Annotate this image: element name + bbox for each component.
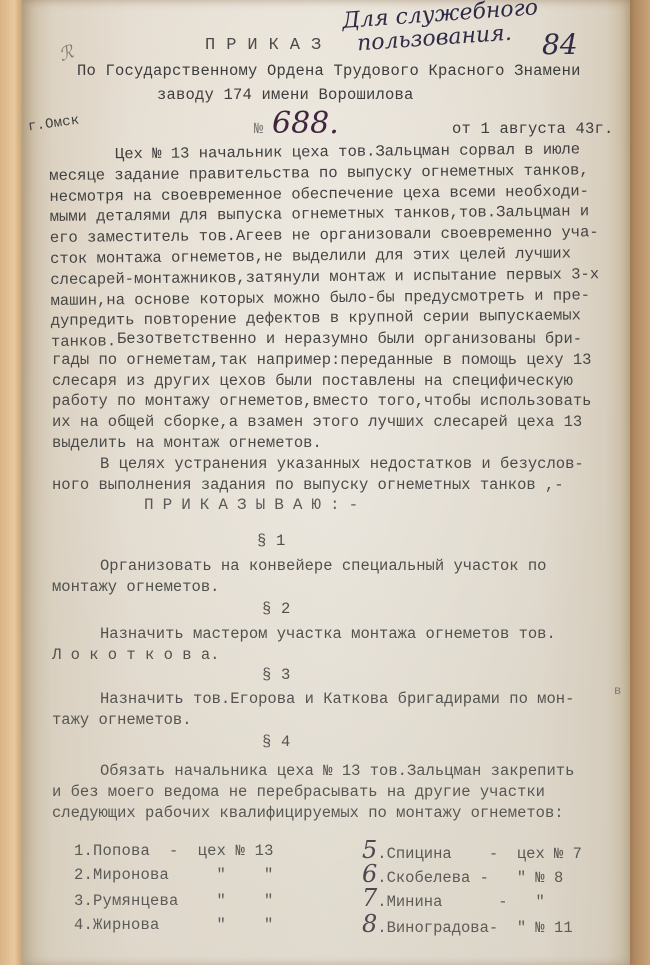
section-2-heading: § 2 <box>262 600 291 618</box>
worker-item: 3.Румянцева " " <box>74 892 274 910</box>
document-page: ℛ Для служебного пользования. 84 ПРИКАЗ … <box>22 0 630 965</box>
order-date: от 1 августа 43г. <box>452 120 614 138</box>
text-line: следующих рабочих квалифицируемых по мон… <box>52 804 622 825</box>
worker-item: 2.Миронова " " <box>74 866 274 884</box>
document-title: ПРИКАЗ <box>205 36 332 55</box>
section-4-body: Обязать начальника цеха № 13 тов.Зальцма… <box>52 762 622 824</box>
text-line: ного выполнения задания по выпуску огнем… <box>52 476 622 497</box>
text-line: В целях устранения указанных недостатков… <box>52 455 622 476</box>
text-line: и без моего ведома не перебрасывать на д… <box>52 783 622 804</box>
text-line: слесаря из других цехов были поставлены … <box>52 372 622 393</box>
text-line: гады по огнеметам,так например:переданны… <box>52 351 622 372</box>
text-line: Назначить мастером участка монтажа огнем… <box>52 625 622 646</box>
document-subtitle-line1: По Государственному Ордена Трудового Кра… <box>77 62 581 80</box>
worker-item: 8.Виноградова- " № 11 <box>362 910 573 938</box>
order-number: 688. <box>272 106 339 141</box>
section-3-body: Назначить тов.Егорова и Каткова бригадир… <box>52 690 622 732</box>
sheet-number: 84 <box>542 28 578 61</box>
margin-mark: в <box>614 684 621 698</box>
text-line: Безответственно и неразумно были организ… <box>52 330 622 351</box>
text-line: их на общей сборке,а взамен этого лучших… <box>52 413 622 434</box>
text-line: Обязать начальника цеха № 13 тов.Зальцма… <box>52 762 622 783</box>
section-1-heading: § 1 <box>257 532 286 550</box>
paragraph-2: Безответственно и неразумно были организ… <box>52 330 622 455</box>
paragraph-3: В целях устранения указанных недостатков… <box>52 455 622 497</box>
paragraph-1: Цех № 13 начальник цеха тов.Зальцман сор… <box>49 140 621 354</box>
text-line: работу по монтажу огнеметов,вместо того,… <box>52 392 622 413</box>
order-number-prefix: № <box>254 120 264 138</box>
city: г.Омск <box>27 112 80 135</box>
text-line: монтажу огнеметов. <box>52 578 622 599</box>
section-3-heading: § 3 <box>262 666 291 684</box>
section-2-body: Назначить мастером участка монтажа огнем… <box>52 625 622 667</box>
text-line: выделить на монтаж огнеметов. <box>52 434 622 455</box>
text-line: Назначить тов.Егорова и Каткова бригадир… <box>52 690 622 711</box>
text-line: Организовать на конвейере специальный уч… <box>52 557 622 578</box>
worker-item: 4.Жирнова " " <box>74 916 274 934</box>
text-line: Л о к о т к о в а. <box>52 646 622 667</box>
worker-item: 1.Попова - цех № 13 <box>74 842 274 860</box>
worker-item: 7.Минина - " <box>362 884 545 912</box>
section-4-heading: § 4 <box>262 733 291 751</box>
text-line: тажу огнеметов. <box>52 711 622 732</box>
document-subtitle-line2: заводу 174 имени Ворошилова <box>157 86 414 104</box>
order-word: ПРИКАЗЫВАЮ:- <box>144 496 367 514</box>
section-1-body: Организовать на конвейере специальный уч… <box>52 557 622 599</box>
